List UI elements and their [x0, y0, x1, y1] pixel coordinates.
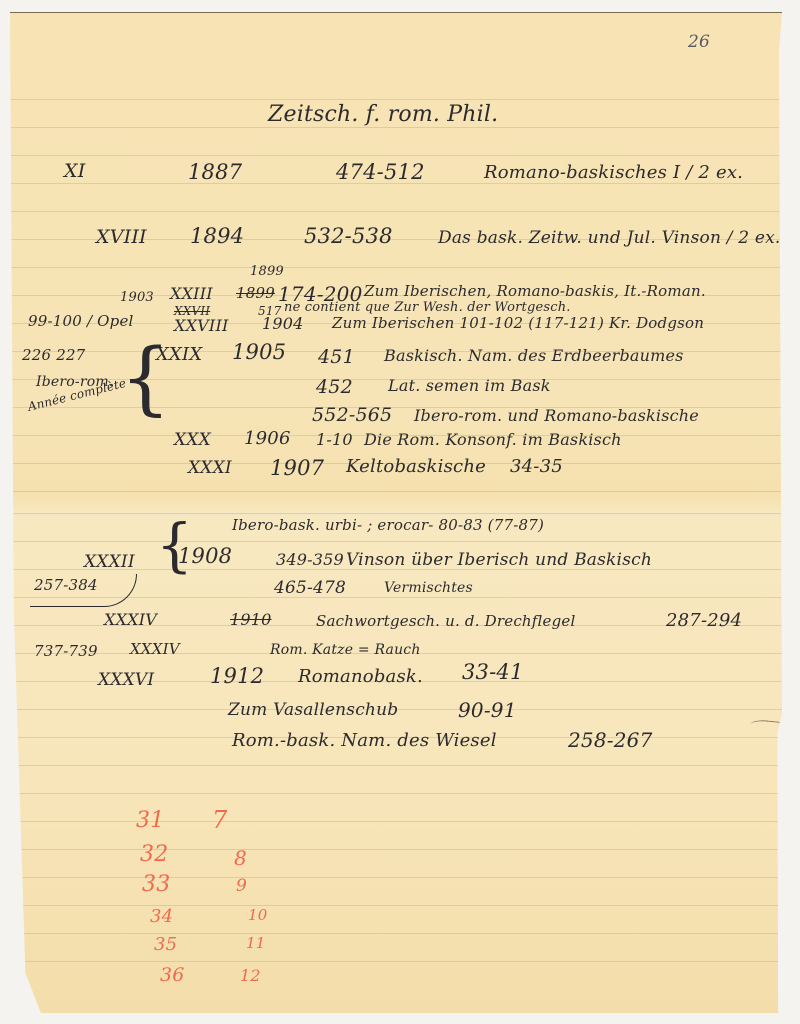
entry-volume: XXX — [174, 430, 211, 450]
ruled-line — [10, 765, 782, 766]
entry-text: Zum Iberischen, Romano-baskis, It.-Roman… — [364, 282, 706, 300]
tally-left: 35 — [154, 934, 177, 955]
entry-text: Rom. Katze = Rauch — [270, 642, 421, 658]
entry-volume: XXXVI — [98, 670, 154, 690]
entry-text: Vinson über Iberisch und Baskisch — [346, 550, 652, 570]
ruled-line — [10, 821, 782, 822]
entry-text: Zum Vasallenschub — [228, 700, 398, 720]
entry-year-inserted: 1899 — [250, 264, 284, 279]
tally-right: 7 — [212, 806, 227, 834]
entry-year: 1894 — [190, 224, 244, 248]
entry-pages: 258-267 — [568, 728, 653, 752]
entry-text: ne contient que Zur Wesh. der Wortgesch. — [284, 300, 571, 315]
tally-right: 8 — [234, 846, 247, 870]
entry-year: 1907 — [270, 456, 324, 480]
entry-text: Baskisch. Nam. des Erdbeerbaumes — [384, 346, 684, 365]
entry-text: Das bask. Zeitw. und Jul. Vinson / 2 ex. — [438, 228, 781, 248]
entry-text: Lat. semen im Bask — [388, 376, 551, 395]
margin-note: 99-100 / Opel — [28, 312, 134, 330]
entry-year: 1906 — [244, 428, 291, 449]
entry-year: 1912 — [210, 664, 264, 688]
entry-year: 1905 — [232, 340, 286, 364]
entry-volume: XXVIII — [174, 316, 229, 335]
margin-note: 226 227 — [22, 346, 85, 364]
ruled-line — [10, 933, 782, 934]
entry-year: 1887 — [188, 160, 242, 184]
page-title: Zeitsch. f. rom. Phil. — [268, 102, 498, 127]
entry-volume: XXXII — [84, 552, 135, 572]
entry-pages: 474-512 — [336, 160, 425, 184]
entry-pages: 552-565 — [312, 404, 392, 426]
ruled-line — [10, 541, 782, 542]
circle-mark — [30, 574, 137, 607]
entry-pages: 287-294 — [666, 610, 742, 631]
tally-right: 10 — [248, 906, 268, 924]
ruled-line — [10, 267, 782, 268]
entry-year-struck: 1899 — [236, 284, 275, 302]
entry-volume: XXXIV — [104, 610, 157, 629]
entry-pages: 1-10 — [316, 430, 353, 449]
ruled-line — [10, 155, 782, 156]
ruled-line — [10, 99, 782, 100]
ruled-line — [10, 127, 782, 128]
entry-year: 1908 — [178, 544, 232, 568]
entry-pages: 34-35 — [510, 456, 563, 477]
paper-tear — [749, 719, 794, 739]
entry-pages: 452 — [316, 376, 353, 398]
entry-pages: 349-359 — [276, 550, 344, 569]
entry-volume: XXIII — [170, 284, 213, 303]
ruled-line — [10, 491, 782, 492]
entry-volume: XXIX — [156, 344, 202, 365]
entry-text: Vermischtes — [384, 580, 473, 596]
ruled-line — [10, 905, 782, 906]
tally-right: 11 — [246, 934, 266, 952]
tally-right: 12 — [240, 966, 261, 985]
ruled-line — [10, 793, 782, 794]
entry-margin-year: 1903 — [120, 290, 154, 305]
margin-note: 737-739 — [34, 642, 98, 660]
tally-left: 33 — [142, 872, 170, 897]
tally-left: 31 — [136, 808, 164, 833]
tally-left: 34 — [150, 906, 173, 927]
entry-text: Sachwortgesch. u. d. Drechflegel — [316, 612, 576, 630]
entry-text: Die Rom. Konsonf. im Baskisch — [364, 430, 622, 449]
entry-volume: XI — [64, 160, 85, 182]
entry-text: Rom.-bask. Nam. des Wiesel — [232, 730, 497, 751]
entry-text: Romano-baskisches I / 2 ex. — [484, 162, 743, 183]
entry-year: 1904 — [262, 314, 304, 333]
tally-left: 32 — [140, 842, 168, 867]
entry-pages: 90-91 — [458, 698, 517, 722]
ruled-line — [10, 849, 782, 850]
ruled-line — [10, 961, 782, 962]
page-number: 26 — [688, 32, 710, 52]
entry-text: Ibero-rom. und Romano-baskische — [414, 406, 699, 425]
paper-fold — [10, 513, 782, 515]
tally-right: 9 — [236, 876, 247, 896]
entry-volume: XVIII — [96, 226, 147, 248]
entry-volume: XXXIV — [130, 640, 180, 658]
entry-text: Romanobask. — [298, 666, 423, 687]
entry-pages: 33-41 — [462, 660, 524, 684]
entry-pages: 451 — [318, 346, 355, 368]
entry-pages: 532-538 — [304, 224, 393, 248]
entry-volume: XXXI — [188, 458, 232, 478]
entry-text: Keltobaskische — [346, 456, 486, 477]
tally-left: 36 — [160, 964, 185, 986]
entry-text: Ibero-bask. urbi- ; erocar- 80-83 (77-87… — [232, 516, 544, 534]
entry-text: Zum Iberischen 101-102 (117-121) Kr. Dod… — [332, 314, 704, 332]
entry-year-struck: 1910 — [230, 610, 272, 629]
entry-pages: 465-478 — [274, 578, 346, 598]
ruled-line — [10, 877, 782, 878]
ruled-line — [10, 211, 782, 212]
